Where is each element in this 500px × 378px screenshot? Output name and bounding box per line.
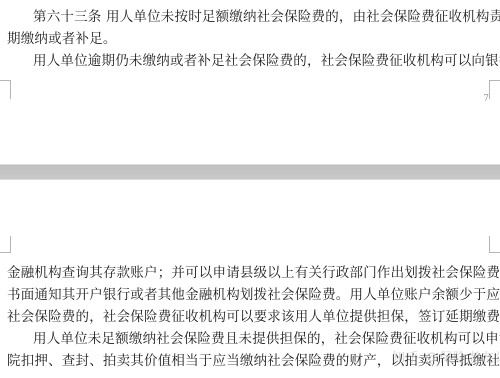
margin-corner-mark xyxy=(489,80,500,99)
document-page-1: 第六十三条 用人单位未按时足额缴纳社会保险费的，由社会保险费征收机构责令其限 期… xyxy=(0,0,500,164)
page-number: 7 xyxy=(483,94,489,104)
paragraph-line: 第六十三条 用人单位未按时足额缴纳社会保险费的，由社会保险费征收机构责令其限 xyxy=(33,6,500,28)
paragraph-line: 用人单位逾期仍未缴纳或者补足社会保险费的，社会保险费征收机构可以向银行和其他 xyxy=(33,50,500,72)
paragraph-line: 社会保险费的，社会保险费征收机构可以要求该用人单位提供担保，签订延期缴费协议。 xyxy=(7,306,497,328)
watermark: 知乎 @保险老友记 xyxy=(392,347,500,366)
margin-corner-mark xyxy=(489,236,500,253)
paragraph-line: 书面通知其开户银行或者其他金融机构划拨社会保险费。用人单位账户余额少于应当缴纳的 xyxy=(7,284,497,306)
paragraph-line: 期缴纳或者补足。 xyxy=(7,28,497,50)
margin-corner-mark xyxy=(0,80,11,99)
margin-corner-mark xyxy=(0,236,11,253)
page-separator xyxy=(0,164,500,180)
paragraph-line: 金融机构查询其存款账户；并可以申请县级以上有关行政部门作出划拨社会保险费的决定， xyxy=(7,262,497,284)
